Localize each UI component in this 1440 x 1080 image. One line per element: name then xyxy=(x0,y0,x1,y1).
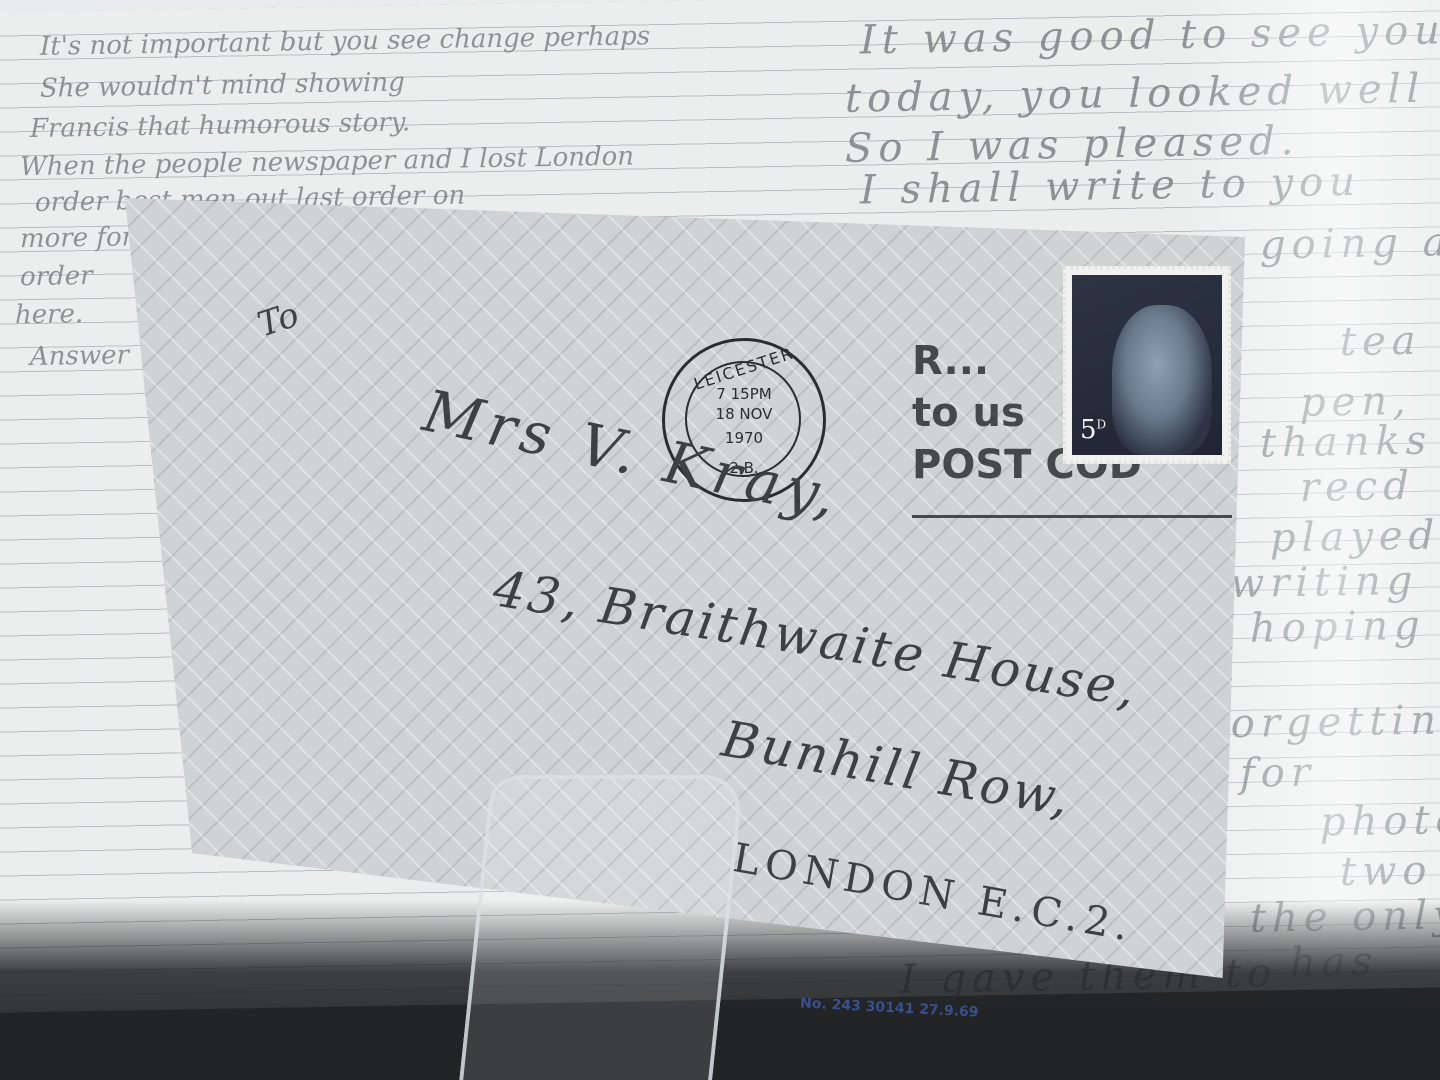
postage-stamp: 5D xyxy=(1063,266,1231,464)
letter-line: She wouldn't mind showing xyxy=(40,68,405,104)
letter-line: more for xyxy=(20,222,134,254)
letter-line: order xyxy=(20,261,93,292)
postmark-date: 18 NOV xyxy=(665,405,823,423)
letter-line: Francis that humorous story. xyxy=(30,107,410,144)
stamp-value: 5D xyxy=(1080,415,1106,445)
queen-portrait-icon xyxy=(1112,305,1212,455)
letter-line: It's not important but you see change pe… xyxy=(40,21,650,62)
letter-line: here. xyxy=(15,299,83,330)
acrylic-stand xyxy=(459,775,744,1080)
stamp-face: 5D xyxy=(1072,275,1222,455)
postmark-time: 7 15PM xyxy=(665,385,823,403)
letter-line: When the people newspaper and I lost Lon… xyxy=(20,142,634,183)
letter-line: Answer xyxy=(30,340,129,372)
